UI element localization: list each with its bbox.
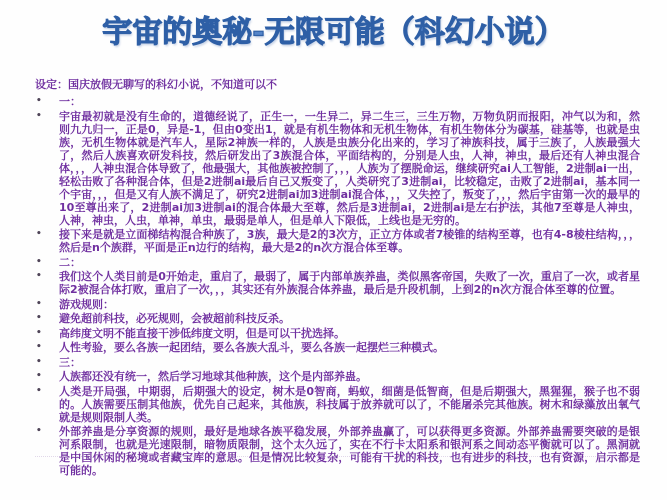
setting-line: 设定：国庆放假无聊写的科幻小说，不知道可以不 [35, 78, 632, 91]
bullet-icon: • [35, 312, 59, 325]
list-item: • 二： [35, 256, 640, 269]
list-item: • 宇宙最初就是没有生命的，道德经说了，正生一，一生异二，异二生三，三生万物，万… [35, 110, 640, 227]
list-item: • 高纬度文明不能直接干涉低纬度文明，但是可以干扰选择。 [35, 327, 640, 340]
list-item: • 我们这个人类目前是0开始走，重启了，最弱了，属于内部单族养蛊，类似黑客帝国，… [35, 270, 640, 296]
list-item-text: 一： [59, 95, 640, 108]
bullet-icon: • [35, 385, 59, 424]
bullet-list: • 一： • 宇宙最初就是没有生命的，道德经说了，正生一，一生异二，异二生三，三… [35, 95, 640, 477]
list-item-text: 避免超前科技，必死规则，会被超前科技反杀。 [59, 312, 640, 325]
list-item: • 接下来是就是立面梯结构混合种族了，3族，最大是2的3次方，正立方体或者7棱锥… [35, 228, 640, 254]
bullet-icon: • [35, 270, 59, 296]
faded-divider [35, 456, 640, 457]
list-item-text: 游戏规则： [59, 298, 640, 311]
bullet-icon: • [35, 95, 59, 108]
bullet-icon: • [35, 327, 59, 340]
list-item: • 三： [35, 356, 640, 369]
list-item-text: 三： [59, 356, 640, 369]
list-item-text: 二： [59, 256, 640, 269]
list-item: • 人族都还没有统一，然后学习地球其他种族，这个是内部养蛊。 [35, 370, 640, 383]
list-item-text: 人性考验，要么各族一起团结，要么各族大乱斗，要么各族一起摆烂三种模式。 [59, 341, 640, 354]
list-item-text: 人族都还没有统一，然后学习地球其他种族，这个是内部养蛊。 [59, 370, 640, 383]
bullet-icon: • [35, 110, 59, 227]
bullet-icon: • [35, 425, 59, 477]
list-item: • 避免超前科技，必死规则，会被超前科技反杀。 [35, 312, 640, 325]
list-item-text: 我们这个人类目前是0开始走，重启了，最弱了，属于内部单族养蛊，类似黑客帝国，失败… [59, 270, 640, 296]
bullet-icon: • [35, 341, 59, 354]
list-item-text: 宇宙最初就是没有生命的，道德经说了，正生一，一生异二，异二生三，三生万物，万物负… [59, 110, 640, 227]
bullet-icon: • [35, 370, 59, 383]
list-item-text: 接下来是就是立面梯结构混合种族了，3族，最大是2的3次方，正立方体或者7棱锥的结… [59, 228, 640, 254]
page-title: 宇宙的奥秘-无限可能（科幻小说） [0, 0, 667, 51]
list-item: • 外部养蛊是分享资源的规则，最好是地球各族平稳发展，外部养蛊赢了，可以获得更多… [35, 425, 640, 477]
list-item: • 游戏规则： [35, 298, 640, 311]
list-item: • 一： [35, 95, 640, 108]
list-item-text: 高纬度文明不能直接干涉低纬度文明，但是可以干扰选择。 [59, 327, 640, 340]
list-item: • 人类是开局强，中期弱，后期强大的设定，树木是0智商，蚂蚁，细菌是低智商，但是… [35, 385, 640, 424]
bullet-icon: • [35, 256, 59, 269]
bullet-icon: • [35, 298, 59, 311]
list-item-text: 人类是开局强，中期弱，后期强大的设定，树木是0智商，蚂蚁，细菌是低智商，但是后期… [59, 385, 640, 424]
document-page: 宇宙的奥秘-无限可能（科幻小说） 设定：国庆放假无聊写的科幻小说，不知道可以不 … [0, 0, 667, 500]
list-item-text: 外部养蛊是分享资源的规则，最好是地球各族平稳发展，外部养蛊赢了，可以获得更多资源… [59, 425, 640, 477]
bullet-icon: • [35, 228, 59, 254]
bullet-icon: • [35, 356, 59, 369]
list-item: • 人性考验，要么各族一起团结，要么各族大乱斗，要么各族一起摆烂三种模式。 [35, 341, 640, 354]
